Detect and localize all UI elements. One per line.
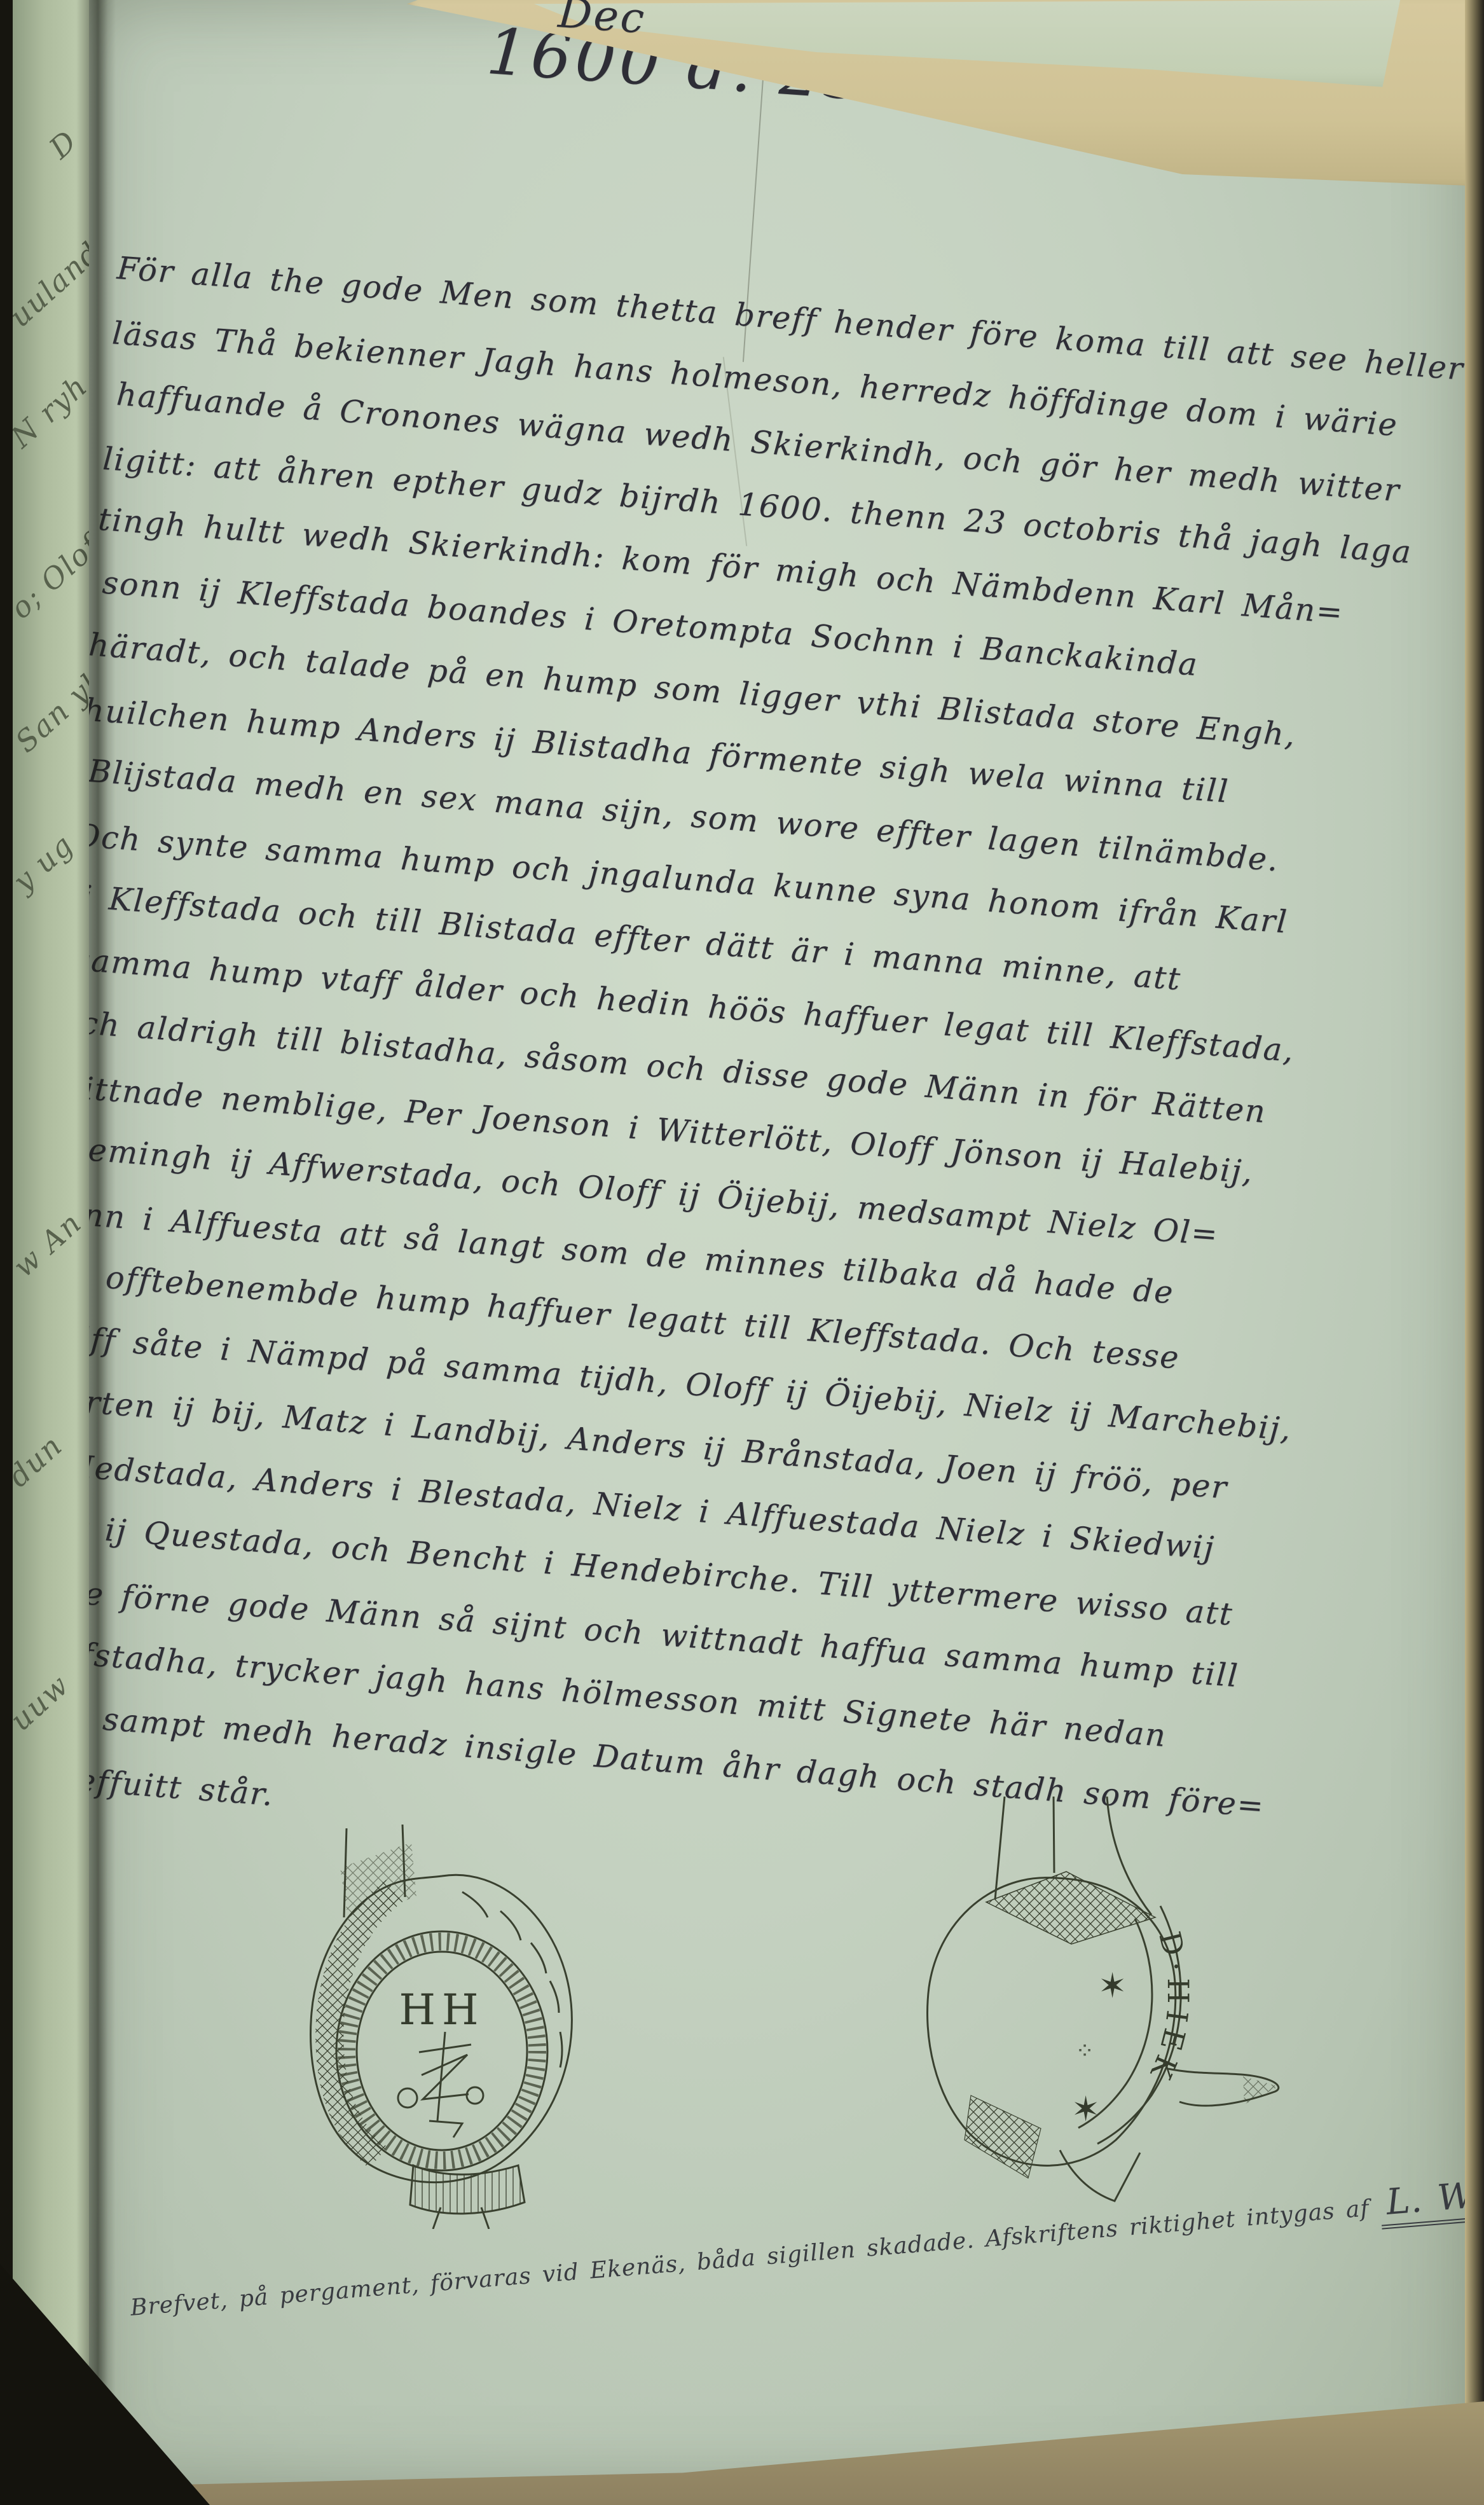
margin-fragment: dun — [13, 1428, 69, 1493]
seal-monogram — [398, 2032, 483, 2137]
margin-fragment: y ug — [13, 827, 80, 899]
seal-dot-marks: ⁘ — [1075, 2038, 1094, 2064]
margin-fragment: uuw — [13, 1667, 76, 1737]
main-page: 1600 d. 23 Octs För alla the gode Men so… — [89, 0, 1475, 2490]
parchment-tag-strip — [995, 1797, 1005, 1900]
seal-lower-flap — [1060, 2150, 1140, 2201]
page-fold-shadow — [76, 0, 116, 2505]
footnote-signature: L. Wiede. — [1378, 2167, 1475, 2230]
seal-inner-ring-inner — [357, 1952, 527, 2150]
parchment-tag-strip — [1054, 1797, 1054, 1873]
tail-hatching — [1243, 2076, 1279, 2104]
seal-star-mark: ✶ — [1098, 1966, 1127, 2006]
photo-of-manuscript: D uuland N ryh o; Olof San yk y ug w An … — [0, 0, 1484, 2505]
top-sheet-fragment: Dec — [556, 0, 647, 43]
book-right-edge — [1465, 0, 1484, 2505]
seal-lower-hatching — [965, 2095, 1041, 2178]
right-seal-drawing: D·HIEK ✶ ⁘ ✶ — [862, 1797, 1294, 2206]
seal-rim-ticks — [347, 1942, 537, 2160]
seal-initials: HH — [399, 1985, 484, 2034]
left-seal-drawing: HH — [251, 1822, 620, 2232]
seal-band-text: D·HIEK — [1141, 1928, 1195, 2089]
parchment-band-under-seal — [410, 2165, 525, 2214]
seal-band-text-path: D·HIEK — [1141, 1928, 1195, 2089]
manuscript-body: För alla the gode Men som thetta breff h… — [89, 237, 1470, 1908]
seal-star-mark: ✶ — [1071, 2089, 1100, 2129]
